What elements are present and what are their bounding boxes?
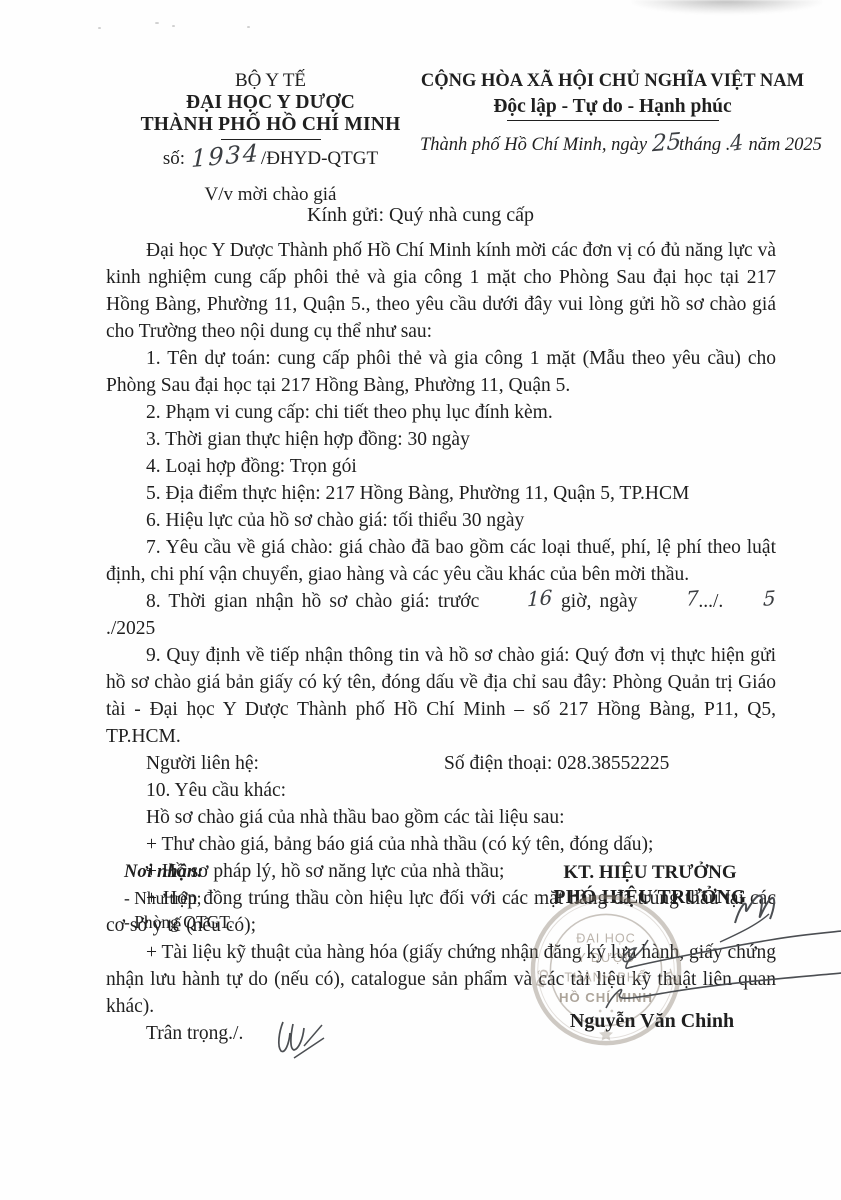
item8-hour-handwritten: 16 — [487, 587, 553, 613]
item8-printed-dots: .../. — [698, 591, 723, 612]
reference-number-line: số: 1934/ĐHYD-QTGT — [98, 144, 443, 170]
org-name-line2: THÀNH PHỐ HỒ CHÍ MINH — [98, 114, 443, 136]
list-item-4: 4. Loại hợp đồng: Trọn gói — [106, 453, 776, 480]
closing-initials-paraph — [274, 1016, 326, 1062]
list-item-6: 6. Hiệu lực của hồ sơ chào giá: tối thiể… — [106, 507, 776, 534]
ref-number-handwritten: 1934 — [191, 141, 260, 171]
scan-speck — [172, 25, 175, 27]
contact-label: Người liên hệ: — [146, 753, 259, 774]
list-item-3: 3. Thời gian thực hiện hợp đồng: 30 ngày — [106, 426, 776, 453]
parent-org-name: BỘ Y TẾ — [98, 70, 443, 92]
recipient-item: - Phòng QTGT. — [124, 910, 233, 934]
stamp-ring-left: BỘ — [534, 967, 552, 990]
motto-underline — [507, 120, 719, 121]
item8-printed-pre: 8. Thời gian nhận hồ sơ chào giá: trước — [146, 591, 487, 612]
phone-number: Số điện thoại: 028.38552225 — [444, 750, 669, 777]
document-page: BỘ Y TẾ ĐẠI HỌC Y DƯỢC THÀNH PHỐ HỒ CHÍ … — [0, 0, 841, 1200]
requirement-1: + Thư chào giá, bảng báo giá của nhà thầ… — [106, 831, 776, 858]
contact-line: Người liên hệ:Số điện thoại: 028.3855222… — [106, 750, 776, 777]
ref-suffix: /ĐHYD-QTGT — [261, 148, 378, 169]
place-date-line: Thành phố Hồ Chí Minh, ngày 25tháng .4 n… — [420, 132, 805, 157]
item8-printed-mid: giờ, ngày — [553, 591, 646, 612]
closing-text: Trân trọng./. — [146, 1023, 243, 1044]
scan-smudge — [632, 0, 822, 14]
salutation: Kính gửi: Quý nhà cung cấp — [0, 204, 841, 227]
recipients-block: Nơi nhận: - Như trên; - Phòng QTGT. — [124, 860, 233, 934]
letterhead-national: CỘNG HÒA XÃ HỘI CHỦ NGHĨA VIỆT NAM Độc l… — [420, 70, 805, 157]
list-item-2: 2. Phạm vi cung cấp: chi tiết theo phụ l… — [106, 399, 776, 426]
recipients-label: Nơi nhận: — [124, 860, 233, 884]
subject-line: V/v mời chào giá — [98, 184, 443, 206]
list-item-5: 5. Địa điểm thực hiện: 217 Hồng Bàng, Ph… — [106, 480, 776, 507]
date-suffix: năm 2025 — [744, 135, 822, 155]
list-item-10: 10. Yêu cầu khác: — [106, 777, 776, 804]
scan-speck — [155, 22, 159, 24]
date-prefix: Thành phố Hồ Chí Minh, ngày — [420, 135, 652, 155]
scan-speck — [247, 26, 250, 28]
letterhead-issuer: BỘ Y TẾ ĐẠI HỌC Y DƯỢC THÀNH PHỐ HỒ CHÍ … — [98, 70, 443, 206]
date-day-handwritten: 25 — [652, 131, 682, 157]
item8-day-handwritten: 7 — [646, 588, 699, 613]
date-month-handwritten: 4 — [730, 132, 745, 155]
list-item-7: 7. Yêu cầu về giá chào: giá chào đã bao … — [106, 534, 776, 588]
date-mid: tháng . — [679, 135, 730, 155]
ref-prefix: số: — [163, 148, 190, 169]
org-name-line1: ĐẠI HỌC Y DƯỢC — [98, 92, 443, 114]
letterhead-divider — [221, 139, 321, 140]
item8-printed-suffix: ./2025 — [106, 618, 155, 639]
signer-name: Nguyễn Văn Chinh — [462, 1010, 841, 1033]
recipient-item: - Như trên; — [124, 886, 233, 910]
paragraph-intro: Đại học Y Dược Thành phố Hồ Chí Minh kín… — [106, 237, 776, 345]
docs-intro: Hồ sơ chào giá của nhà thầu bao gồm các … — [106, 804, 776, 831]
list-item-9: 9. Quy định về tiếp nhận thông tin và hồ… — [106, 642, 776, 750]
item8-month-handwritten: 5 — [723, 588, 776, 613]
list-item-8: 8. Thời gian nhận hồ sơ chào giá: trước … — [106, 588, 776, 642]
national-title: CỘNG HÒA XÃ HỘI CHỦ NGHĨA VIỆT NAM — [420, 70, 805, 93]
national-motto: Độc lập - Tự do - Hạnh phúc — [420, 95, 805, 118]
list-item-1: 1. Tên dự toán: cung cấp phôi thẻ và gia… — [106, 345, 776, 399]
scan-speck — [98, 27, 101, 29]
